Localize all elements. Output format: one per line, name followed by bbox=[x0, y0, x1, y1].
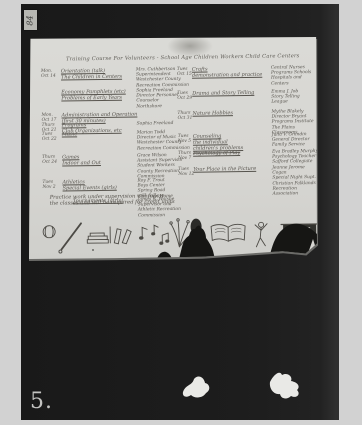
damage-spot-left bbox=[183, 376, 209, 397]
damage-spots bbox=[21, 4, 339, 420]
archival-photo-scan: 84 Training Course For Volunteers - Scho… bbox=[0, 0, 362, 425]
plate-number: 5. bbox=[30, 389, 53, 414]
damage-spot-right bbox=[270, 373, 299, 399]
photo-black-mount: 84 Training Course For Volunteers - Scho… bbox=[21, 4, 339, 420]
